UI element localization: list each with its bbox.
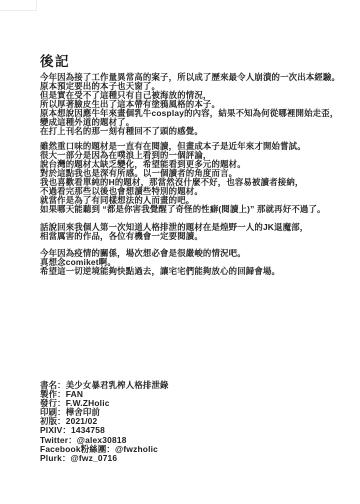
paragraph-pandemic-wishes: 今年因為疫情的關係，場次想必會是很嚴峻的情況吧。 真想念comiket啊。 希望… — [40, 249, 350, 276]
scan-artifact-line-horizontal — [0, 10, 37, 11]
afterword-heading: 後記 — [40, 50, 70, 70]
paragraph-recommendation: 話說回來我個人第一次知道人格排泄的題材在是煌野一人的JK退魔部， 相當厲害的作品… — [40, 223, 350, 241]
colophon-info-block: 書名：美少女暴君乳榨人格排泄錄 製作：FAN 發行：F.W.ZHolic 印刷：… — [40, 381, 169, 463]
paragraph-theme-thoughts: 雖然重口味的題材是一直有在閱讀，但畫成本子是近年來才開始嘗試。 很大一部分是因為… — [40, 142, 350, 214]
colophon-plurk-handle: Plurk：@fwz_0716 — [40, 454, 169, 463]
afterword-page: 後記 今年因為接了工作量異常高的案子，所以成了歷來最令人崩潰的一次出本經驗。 原… — [0, 0, 360, 504]
text-line: 相當厲害的作品，各位有機會一定要閱讀。 — [40, 232, 350, 241]
paragraph-production-story: 今年因為接了工作量異常高的案子，所以成了歷來最令人崩潰的一次出本經驗。 原本預定… — [40, 73, 350, 136]
text-line: 希望這一切逆境能夠快點過去，讓宅宅們能夠放心的回歸會場。 — [40, 267, 350, 276]
text-line: 在打上刊名的那一刻有種回不了頭的感覺。 — [40, 127, 350, 136]
scan-artifact-line-vertical — [36, 0, 37, 11]
text-line: 如果哪天能聽到 “都是你害我覺醒了奇怪的性癖(閱讀上)” 那就再好不過了。 — [40, 205, 350, 214]
